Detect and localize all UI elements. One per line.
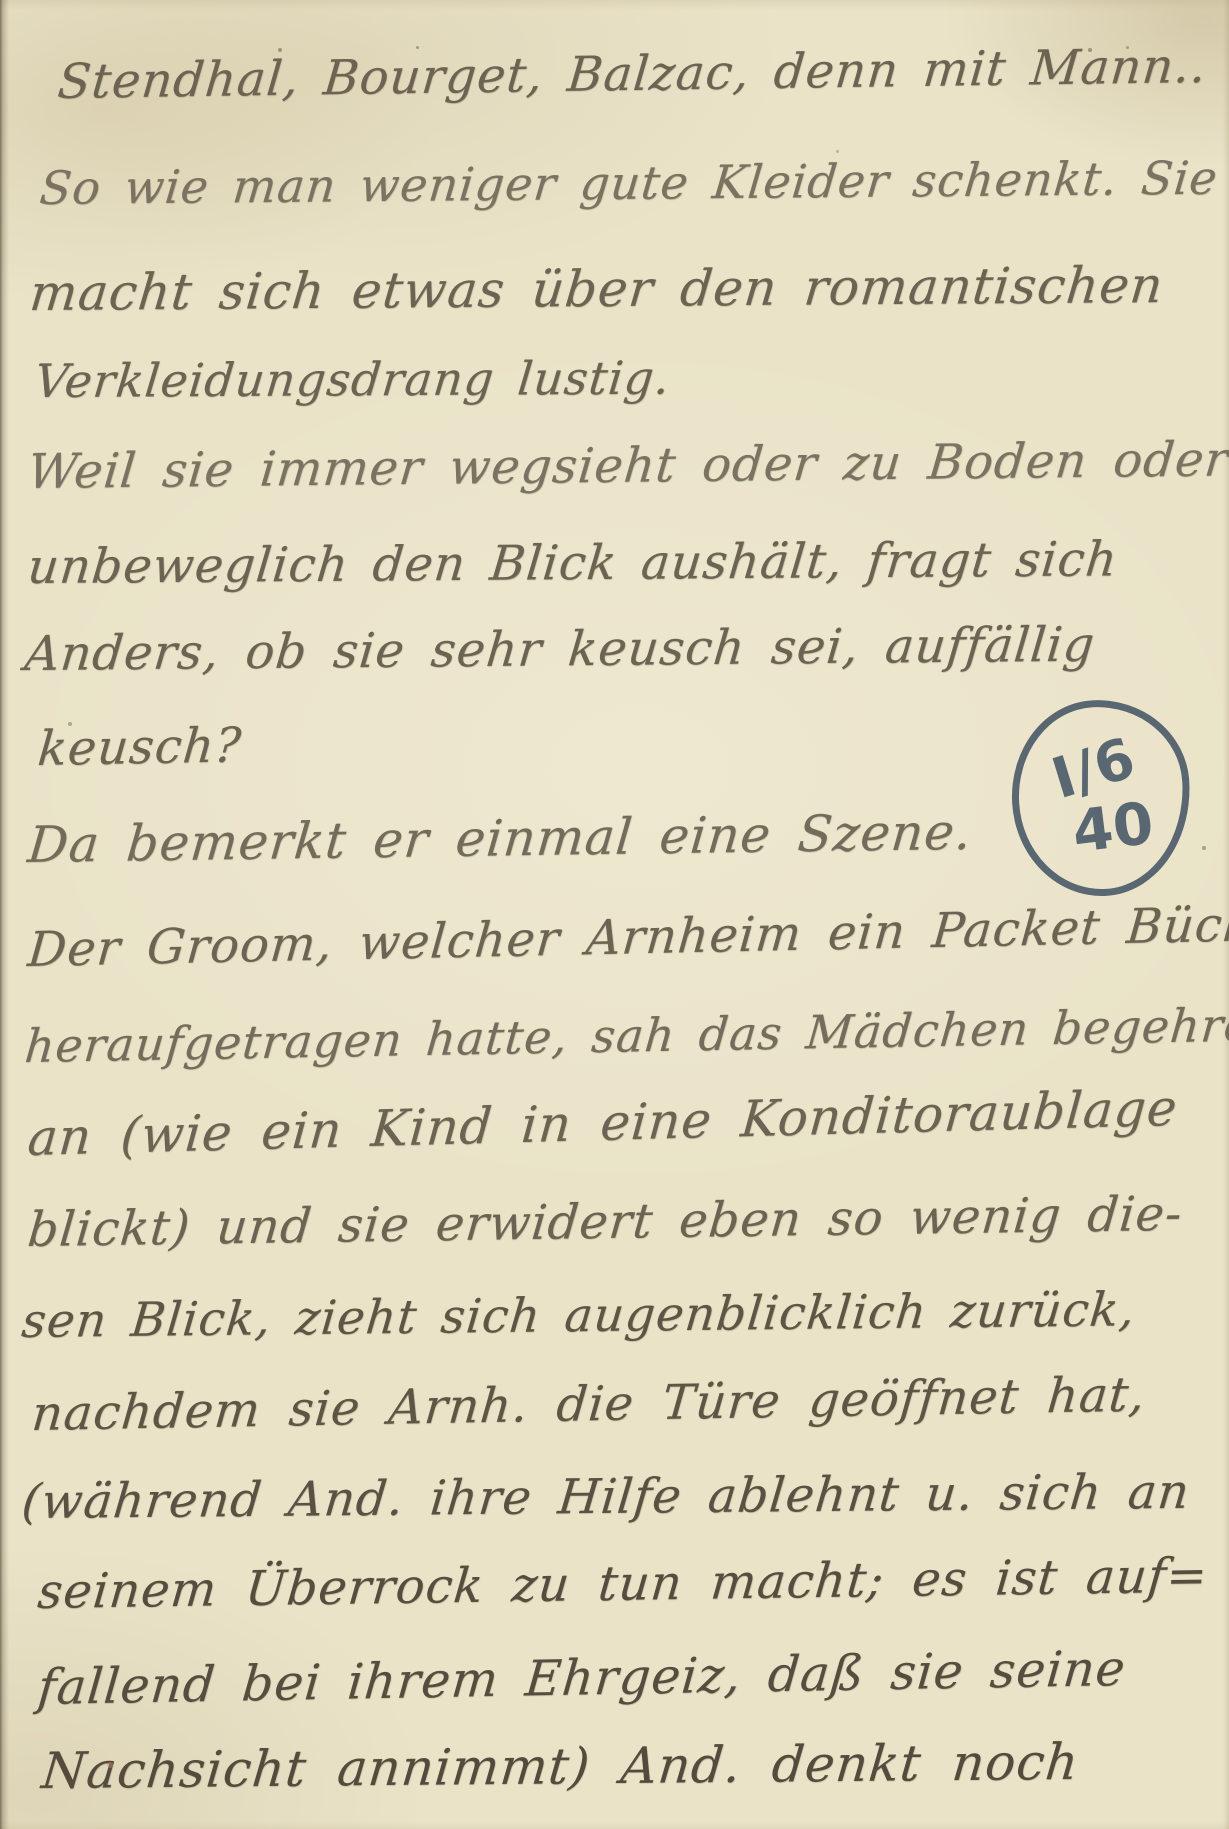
paper-speck	[107, 1762, 113, 1768]
manuscript-line: fallend bei ihrem Ehrgeiz, daß sie seine	[36, 1644, 1128, 1712]
manuscript-line: unbeweglich den Blick aushält, fragt sic…	[26, 535, 1120, 591]
page-left-edge-shadow	[0, 0, 9, 1829]
manuscript-line: sen Blick, zieht sich augenblicklich zur…	[20, 1286, 1138, 1345]
manuscript-line: Stendhal, Bourget, Balzac, denn mit Mann…	[56, 42, 1209, 106]
archive-stamp: I/6 40	[1007, 695, 1195, 900]
manuscript-line: blickt) und sie erwidert eben so wenig d…	[26, 1190, 1185, 1254]
manuscript-line: Da bemerkt er einmal eine Szene.	[26, 807, 974, 870]
paper-speck	[1088, 48, 1092, 52]
manuscript-line: keusch?	[36, 721, 244, 773]
archive-stamp-number: 40	[1069, 794, 1156, 861]
manuscript-line: Verkleidungsdrang lustig.	[33, 355, 673, 404]
paper-speck	[416, 46, 419, 49]
manuscript-line: Anders, ob sie sehr keusch sei, auffälli…	[23, 621, 1098, 678]
paper-speck	[1202, 846, 1206, 850]
manuscript-line: seinem Überrock zu tun macht; es ist auf…	[36, 1552, 1210, 1616]
paper-speck	[836, 150, 839, 153]
manuscript-line: So wie man weniger gute Kleider schenkt.…	[38, 155, 1220, 211]
paper-speck	[1126, 46, 1129, 49]
manuscript-line: Der Groom, welcher Arnheim ein Packet Bü…	[26, 899, 1229, 974]
manuscript-line: (während And. ihre Hilfe ablehnt u. sich…	[20, 1468, 1192, 1526]
paper-speck	[68, 722, 72, 726]
manuscript-page: Stendhal, Bourget, Balzac, denn mit Mann…	[0, 0, 1229, 1829]
manuscript-line: Nachsicht annimmt) And. denkt noch	[40, 1737, 1082, 1796]
manuscript-line: nachdem sie Arnh. die Türe geöffnet hat,	[30, 1371, 1148, 1439]
manuscript-line: macht sich etwas über den romantischen	[28, 260, 1166, 318]
manuscript-line: heraufgetragen hatte, sah das Mädchen be…	[23, 1000, 1229, 1069]
paper-speck	[278, 48, 282, 52]
manuscript-line: Weil sie immer wegsieht oder zu Boden od…	[26, 435, 1229, 496]
manuscript-line: an (wie ein Kind in eine Konditoraublage	[26, 1083, 1180, 1163]
